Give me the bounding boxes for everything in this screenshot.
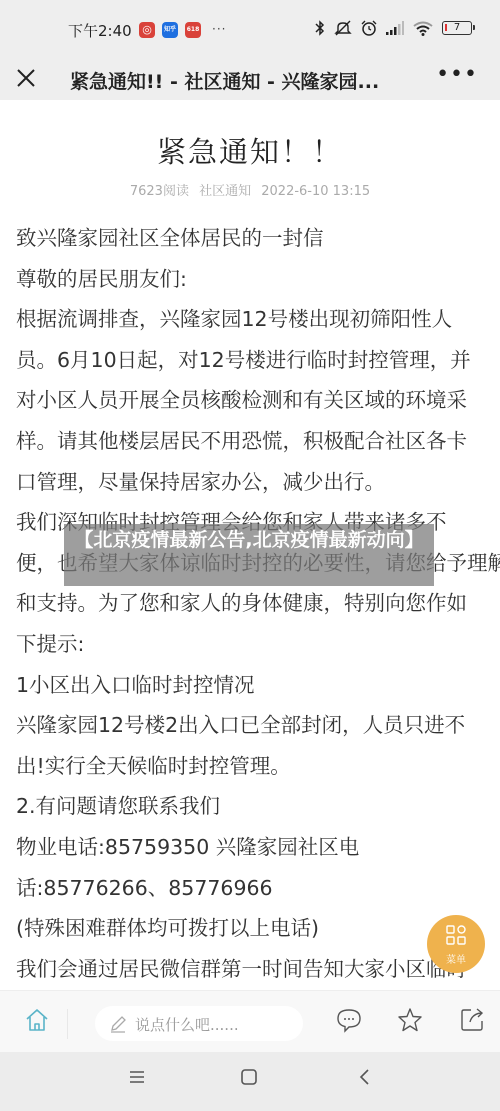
home-icon[interactable]	[24, 1007, 50, 1033]
top-nav-bar: 紧急通知!! - 社区通知 - 兴隆家园... •••	[0, 58, 500, 100]
netease-music-icon: ◎	[139, 22, 155, 38]
jd-618-icon: 618	[185, 22, 201, 38]
close-icon[interactable]	[14, 66, 38, 90]
more-options-button[interactable]: •••	[436, 62, 478, 87]
paragraph-line: 员。6月10日起，对12号楼进行临时封控管理，并	[16, 340, 492, 381]
signal-icon	[386, 21, 404, 35]
status-bar: 下午2:40 ◎ 知乎 618 ··· 7	[0, 0, 500, 58]
paragraph-line: 尊敬的居民朋友们:	[16, 259, 492, 300]
paragraph-line: 口管理，尽量保持居家办公，减少出行。	[16, 462, 492, 503]
bottom-action-bar: 说点什么吧......	[0, 990, 500, 1052]
article-title: 紧急通知！！	[0, 130, 500, 171]
paragraph-line: 2.有问题请您联系我们	[16, 786, 492, 827]
recent-apps-icon[interactable]	[128, 1068, 146, 1086]
article-category[interactable]: 社区通知	[199, 184, 251, 199]
comment-icon[interactable]	[336, 1007, 362, 1033]
page-title: 紧急通知!! - 社区通知 - 兴隆家园...	[70, 67, 430, 94]
paragraph-line: 样。请其他楼层居民不用恐慌，积极配合社区各卡	[16, 421, 492, 462]
article-meta: 7623阅读 社区通知 2022-6-10 13:15	[0, 180, 500, 199]
home-button-icon[interactable]	[240, 1068, 258, 1086]
paragraph-line: 兴隆家园12号楼2出入口已全部封闭，人员只进不	[16, 705, 492, 746]
pencil-icon	[109, 1015, 127, 1033]
paragraph-line: 下提示:	[16, 624, 492, 665]
wifi-icon	[413, 21, 433, 36]
paragraph-line: (特殊困难群体均可拨打以上电话)	[16, 908, 492, 949]
comment-input[interactable]: 说点什么吧......	[95, 1006, 303, 1041]
grid-menu-icon	[446, 925, 466, 947]
share-icon[interactable]	[459, 1007, 485, 1033]
zhihu-icon: 知乎	[162, 22, 178, 38]
back-icon[interactable]	[357, 1068, 373, 1086]
read-count: 7623阅读	[130, 184, 189, 199]
battery-icon: 7	[442, 21, 472, 35]
system-nav-bar	[0, 1052, 500, 1111]
paragraph-line: 1小区出入口临时封控情况	[16, 665, 492, 706]
favorite-star-icon[interactable]	[397, 1007, 423, 1033]
paragraph-line: 我们会通过居民微信群第一时间告知大家小区临时	[16, 949, 492, 990]
overlay-caption: 【北京疫情最新公告,北京疫情最新动向】	[64, 527, 434, 553]
paragraph-line: 致兴隆家园社区全体居民的一封信	[16, 218, 492, 259]
comment-placeholder: 说点什么吧......	[135, 1014, 239, 1035]
article-body: 致兴隆家园社区全体居民的一封信 尊敬的居民朋友们: 根据流调排查，兴隆家园12号…	[16, 218, 492, 990]
bluetooth-icon	[315, 20, 325, 36]
headline-overlay: 【北京疫情最新公告,北京疫情最新动向】	[64, 524, 434, 586]
divider	[67, 1009, 68, 1039]
paragraph-line: 话:85776266、85776966	[16, 868, 492, 909]
paragraph-line: 出!实行全天候临时封控管理。	[16, 746, 492, 787]
status-time: 下午2:40	[68, 20, 132, 41]
mute-icon	[334, 20, 352, 36]
paragraph-line: 对小区人员开展全员核酸检测和有关区域的环境采	[16, 380, 492, 421]
paragraph-line: 物业电话:85759350 兴隆家园社区电	[16, 827, 492, 868]
more-notifications-icon: ···	[212, 22, 226, 36]
paragraph-line: 和支持。为了您和家人的身体健康，特别向您作如	[16, 583, 492, 624]
paragraph-line: 根据流调排查，兴隆家园12号楼出现初筛阳性人	[16, 299, 492, 340]
menu-button[interactable]: 菜单	[427, 915, 485, 973]
alarm-icon	[361, 20, 377, 36]
publish-datetime: 2022-6-10 13:15	[261, 184, 370, 199]
menu-button-label: 菜单	[427, 951, 485, 966]
